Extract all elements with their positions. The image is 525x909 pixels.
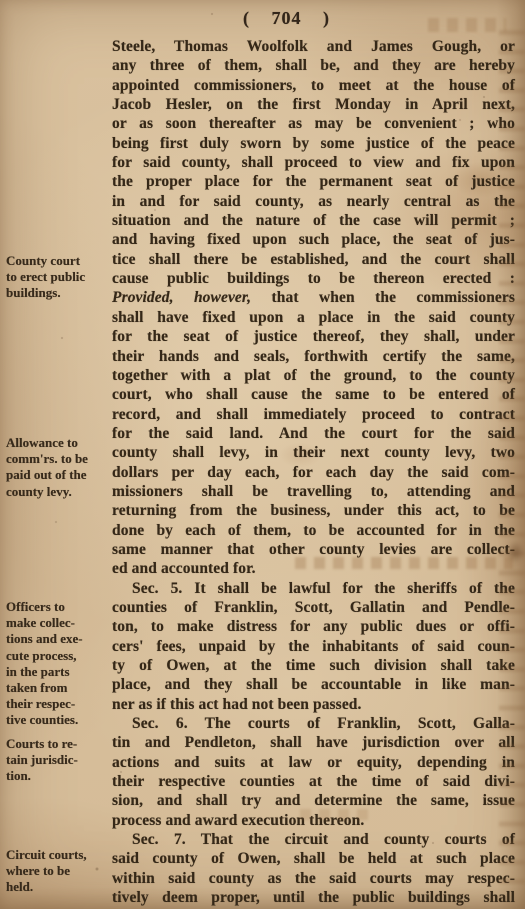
text-line: and having fixed upon such place, the se… [112,230,515,249]
text-line: court, who shall cause the same to be en… [112,385,515,404]
text-line: ner as if this act had not been passed. [112,695,515,714]
body-text: Steele, Thomas Woolfolk and James Gough,… [112,37,515,907]
text-line: Jacob Hesler, on the first Monday in Apr… [112,95,515,114]
text-line: Sec. 5. It shall be lawful for the sheri… [112,579,515,598]
text-line: for the said land. And the court for the… [112,424,515,443]
text-line: ed and accounted for. [112,559,515,578]
text-line: place, and they shall be accountable in … [112,675,515,694]
text-line: or as soon thereafter as may be convenie… [112,114,515,133]
text-line: shall have fixed upon a place in the sai… [112,308,515,327]
text-line: done by each of them, to be accounted fo… [112,521,515,540]
text-line: for the seat of justice thereof, they sh… [112,327,515,346]
text-line: record, and shall immediately proceed to… [112,405,515,424]
text-line: sion, and shall try and determine the sa… [112,791,515,810]
text-line: counties of Franklin, Scott, Gallatin an… [112,598,515,617]
text-line: together with a plat of the ground, to t… [112,366,515,385]
text-line: Provided, however, that when the commiss… [112,288,515,307]
margin-note: Courts to re-tain jurisdic-tion. [6,736,108,785]
text-line: said county of Owen, shall be held at su… [112,849,515,868]
margin-note: County courtto erect publicbuildings. [6,253,108,302]
text-line: being first duly sworn by some justice o… [112,134,515,153]
margin-note: Officers tomake collec-tions and exe-cut… [6,599,108,729]
text-line: missioners shall be travelling to, atten… [112,482,515,501]
text-line: ty of Owen, at the time such division sh… [112,656,515,675]
margin-note: Circuit courts,where to beheld. [6,847,108,896]
text-line: actions and suits at law or equity, depe… [112,753,515,772]
text-line: Sec. 6. The courts of Franklin, Scott, G… [112,714,515,733]
text-line: within said county as the said courts ma… [112,869,515,888]
margin-note: Allowance tocomm'rs. to bepaid out of th… [6,435,108,500]
text-line: cause public buildings to be thereon ere… [112,269,515,288]
text-line: Steele, Thomas Woolfolk and James Gough,… [112,37,515,56]
text-line: same manner that other county levies are… [112,540,515,559]
text-line: Sec. 7. That the circuit and county cour… [112,830,515,849]
book-page: ( 704 ) County courtto erect publicbuild… [0,0,525,909]
text-line: appointed commissioners, to meet at the … [112,76,515,95]
text-line: their hands and seals, forthwith certify… [112,347,515,366]
text-line: situation and the nature of the case wil… [112,211,515,230]
text-line: any three of them, shall be, and they ar… [112,56,515,75]
margin-notes: County courtto erect publicbuildings.All… [0,0,110,909]
text-line: for said county, shall proceed to view a… [112,153,515,172]
text-line: returning from the business, under this … [112,501,515,520]
text-line: ton, to make distress for any public due… [112,617,515,636]
text-line: tin and Pendleton, shall have jurisdicti… [112,733,515,752]
text-line: cers' fees, unpaid by the inhabitants of… [112,637,515,656]
text-line: tively deem proper, until the public bui… [112,888,515,907]
text-line: the proper place for the permanent seat … [112,172,515,191]
text-line: county shall levy, in their next county … [112,443,515,462]
text-line: their respective counties at the time of… [112,772,515,791]
text-line: in and for said county, as nearly centra… [112,192,515,211]
text-line: process and award execution thereon. [112,811,515,830]
text-line: tice shall there be established, and the… [112,250,515,269]
text-line: dollars per day each, for each day the s… [112,463,515,482]
